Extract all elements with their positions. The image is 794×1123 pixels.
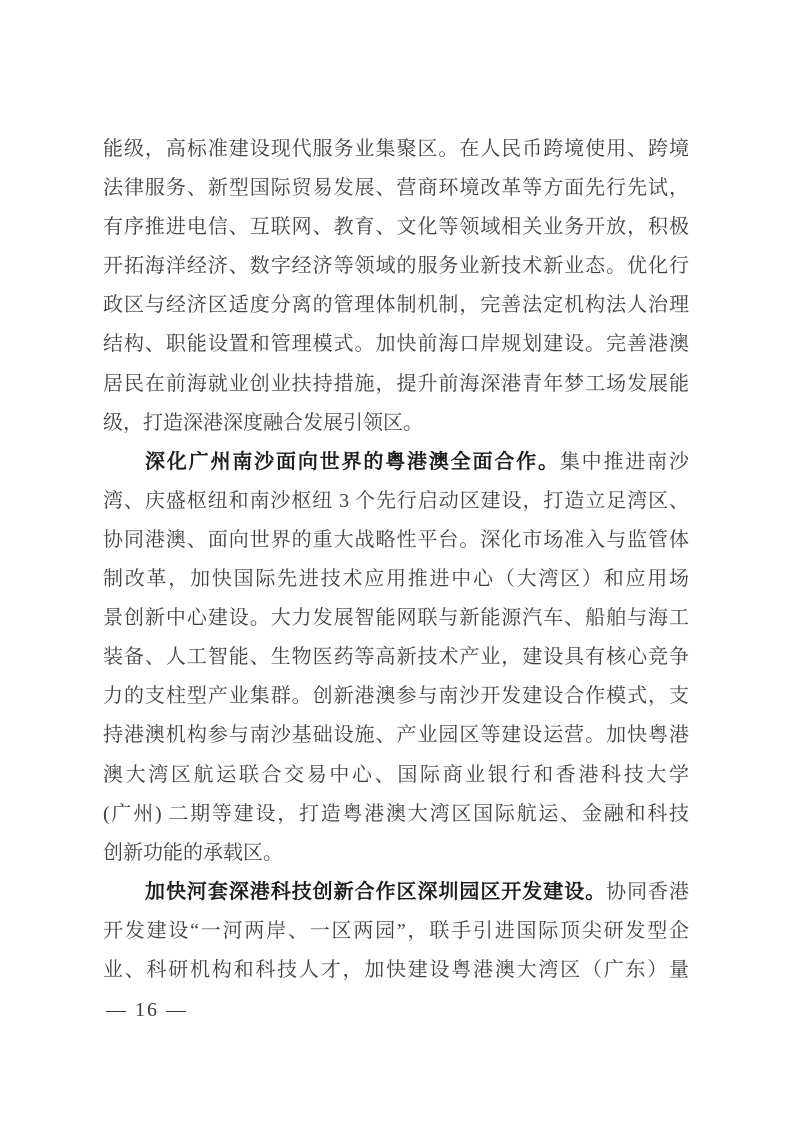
text-line: 开发建设“一河两岸、一区两园”，联手引进国际顶尖研发型企 bbox=[103, 912, 689, 951]
line-text: (广州) 二期等建设，打造粤港澳大湾区国际航运、金融和科技 bbox=[103, 803, 689, 825]
text-line: 湾、庆盛枢纽和南沙枢纽 3 个先行启动区建设，打造立足湾区、 bbox=[103, 482, 689, 521]
line-text: 制改革，加快国际先进技术应用推进中心（大湾区）和应用场 bbox=[103, 568, 689, 590]
paragraph-lead-bold: 深化广州南沙面向世界的粤港澳全面合作。 bbox=[145, 451, 560, 473]
text-line: 力的支柱型产业集群。创新港澳参与南沙开发建设合作模式，支 bbox=[103, 677, 689, 716]
text-line: 持港澳机构参与南沙基础设施、产业园区等建设运营。加快粤港 bbox=[103, 716, 689, 755]
text-line: 制改革，加快国际先进技术应用推进中心（大湾区）和应用场 bbox=[103, 560, 689, 599]
line-text: 级，打造深港深度融合发展引领区。 bbox=[103, 412, 423, 434]
line-text: 开发建设“一河两岸、一区两园”，联手引进国际顶尖研发型企 bbox=[103, 920, 689, 942]
text-line: 居民在前海就业创业扶持措施，提升前海深港青年梦工场发展能 bbox=[103, 365, 689, 404]
text-line: 澳大湾区航运联合交易中心、国际商业银行和香港科技大学 bbox=[103, 756, 689, 795]
line-text: 协同香港 bbox=[606, 881, 689, 903]
line-text: 开拓海洋经济、数字经济等领域的服务业新技术新业态。优化行 bbox=[103, 255, 689, 277]
text-line: 加快河套深港科技创新合作区深圳园区开发建设。协同香港 bbox=[103, 873, 689, 912]
line-text: 协同港澳、面向世界的重大战略性平台。深化市场准入与监管体 bbox=[103, 529, 689, 551]
text-line: 法律服务、新型国际贸易发展、营商环境改革等方面先行先试， bbox=[103, 169, 689, 208]
text-line: 协同港澳、面向世界的重大战略性平台。深化市场准入与监管体 bbox=[103, 521, 689, 560]
text-line: 深化广州南沙面向世界的粤港澳全面合作。集中推进南沙 bbox=[103, 443, 689, 482]
line-text: 湾、庆盛枢纽和南沙枢纽 3 个先行启动区建设，打造立足湾区、 bbox=[103, 490, 689, 512]
page-number: — 16 — bbox=[106, 996, 188, 1024]
text-line: 级，打造深港深度融合发展引领区。 bbox=[103, 404, 689, 443]
line-text: 持港澳机构参与南沙基础设施、产业园区等建设运营。加快粤港 bbox=[103, 724, 689, 746]
text-line: 结构、职能设置和管理模式。加快前海口岸规划建设。完善港澳 bbox=[103, 325, 689, 364]
line-text: 景创新中心建设。大力发展智能网联与新能源汽车、船舶与海工 bbox=[103, 607, 689, 629]
text-line: 有序推进电信、互联网、教育、文化等领域相关业务开放，积极 bbox=[103, 208, 689, 247]
line-text: 居民在前海就业创业扶持措施，提升前海深港青年梦工场发展能 bbox=[103, 373, 689, 395]
line-text: 能级，高标准建设现代服务业集聚区。在人民币跨境使用、跨境 bbox=[103, 138, 689, 160]
text-line: 景创新中心建设。大力发展智能网联与新能源汽车、船舶与海工 bbox=[103, 599, 689, 638]
line-text: 力的支柱型产业集群。创新港澳参与南沙开发建设合作模式，支 bbox=[103, 685, 689, 707]
text-line: 政区与经济区适度分离的管理体制机制，完善法定机构法人治理 bbox=[103, 286, 689, 325]
line-text: 法律服务、新型国际贸易发展、营商环境改革等方面先行先试， bbox=[103, 177, 689, 199]
text-line: 开拓海洋经济、数字经济等领域的服务业新技术新业态。优化行 bbox=[103, 247, 689, 286]
text-line: 创新功能的承载区。 bbox=[103, 834, 689, 873]
line-text: 有序推进电信、互联网、教育、文化等领域相关业务开放，积极 bbox=[103, 216, 689, 238]
text-line: 业、科研机构和科技人才，加快建设粤港澳大湾区（广东）量 bbox=[103, 951, 689, 990]
line-text: 澳大湾区航运联合交易中心、国际商业银行和香港科技大学 bbox=[103, 764, 689, 786]
text-line: 能级，高标准建设现代服务业集聚区。在人民币跨境使用、跨境 bbox=[103, 130, 689, 169]
body-text-block: 能级，高标准建设现代服务业集聚区。在人民币跨境使用、跨境法律服务、新型国际贸易发… bbox=[103, 130, 689, 990]
line-text: 创新功能的承载区。 bbox=[103, 842, 283, 864]
line-text: 政区与经济区适度分离的管理体制机制，完善法定机构法人治理 bbox=[103, 294, 689, 316]
text-line: 装备、人工智能、生物医药等高新技术产业，建设具有核心竞争 bbox=[103, 638, 689, 677]
text-line: (广州) 二期等建设，打造粤港澳大湾区国际航运、金融和科技 bbox=[103, 795, 689, 834]
line-text: 结构、职能设置和管理模式。加快前海口岸规划建设。完善港澳 bbox=[103, 333, 689, 355]
paragraph-lead-bold: 加快河套深港科技创新合作区深圳园区开发建设。 bbox=[145, 881, 606, 903]
document-page: 能级，高标准建设现代服务业集聚区。在人民币跨境使用、跨境法律服务、新型国际贸易发… bbox=[0, 0, 794, 1123]
line-text: 装备、人工智能、生物医药等高新技术产业，建设具有核心竞争 bbox=[103, 646, 689, 668]
line-text: 业、科研机构和科技人才，加快建设粤港澳大湾区（广东）量 bbox=[103, 959, 689, 981]
line-text: 集中推进南沙 bbox=[560, 451, 689, 473]
